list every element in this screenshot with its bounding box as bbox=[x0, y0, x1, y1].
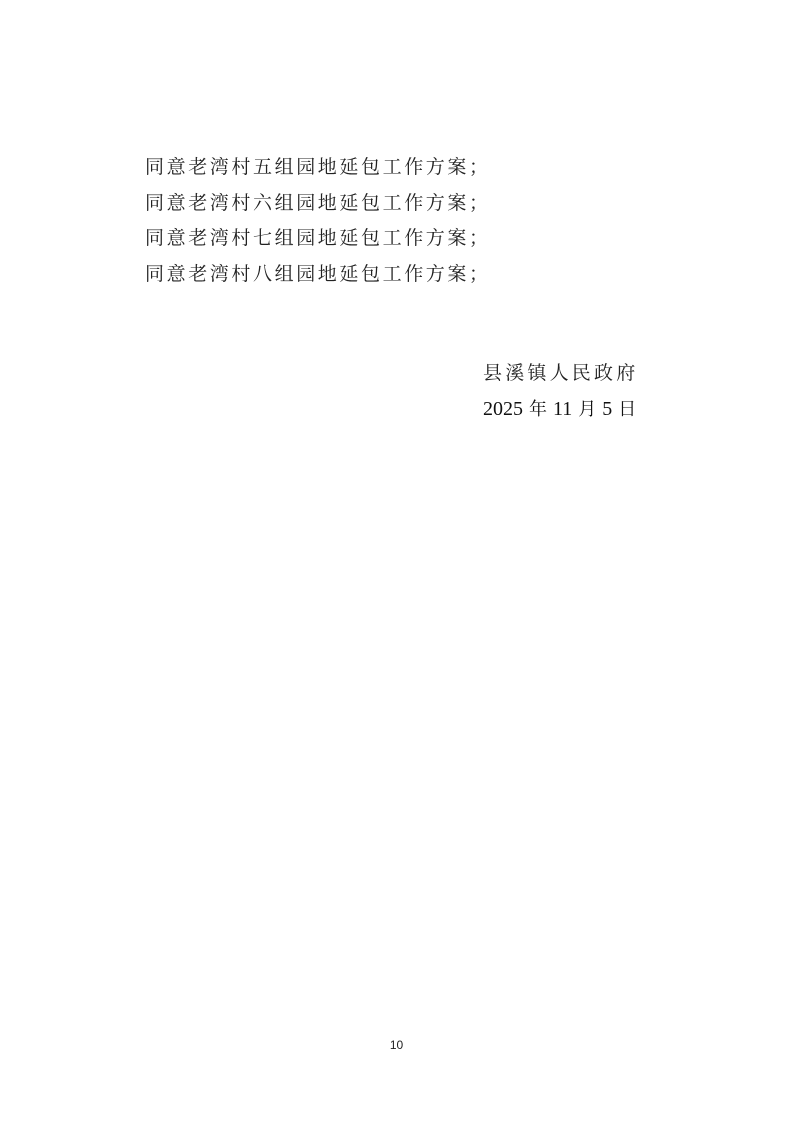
date-day: 5 bbox=[602, 398, 612, 420]
document-page: 同意老湾村五组园地延包工作方案； 同意老湾村六组园地延包工作方案； 同意老湾村七… bbox=[0, 0, 793, 1122]
date-month: 11 bbox=[553, 398, 572, 420]
page-number: 10 bbox=[0, 1038, 793, 1052]
approval-line-group-5: 同意老湾村五组园地延包工作方案； bbox=[145, 150, 491, 186]
signature-block: 县溪镇人民政府 2025年11月5日 bbox=[483, 355, 642, 428]
approval-line-group-6: 同意老湾村六组园地延包工作方案； bbox=[145, 186, 491, 222]
date-day-unit: 日 bbox=[618, 399, 636, 420]
issuing-organization: 县溪镇人民政府 bbox=[483, 355, 642, 391]
approval-line-group-8: 同意老湾村八组园地延包工作方案； bbox=[145, 257, 491, 293]
issue-date: 2025年11月5日 bbox=[483, 391, 642, 428]
approval-list: 同意老湾村五组园地延包工作方案； 同意老湾村六组园地延包工作方案； 同意老湾村七… bbox=[145, 150, 491, 292]
date-year-unit: 年 bbox=[529, 399, 547, 420]
date-month-unit: 月 bbox=[578, 399, 596, 420]
approval-line-group-7: 同意老湾村七组园地延包工作方案； bbox=[145, 221, 491, 257]
date-year: 2025 bbox=[483, 398, 523, 420]
